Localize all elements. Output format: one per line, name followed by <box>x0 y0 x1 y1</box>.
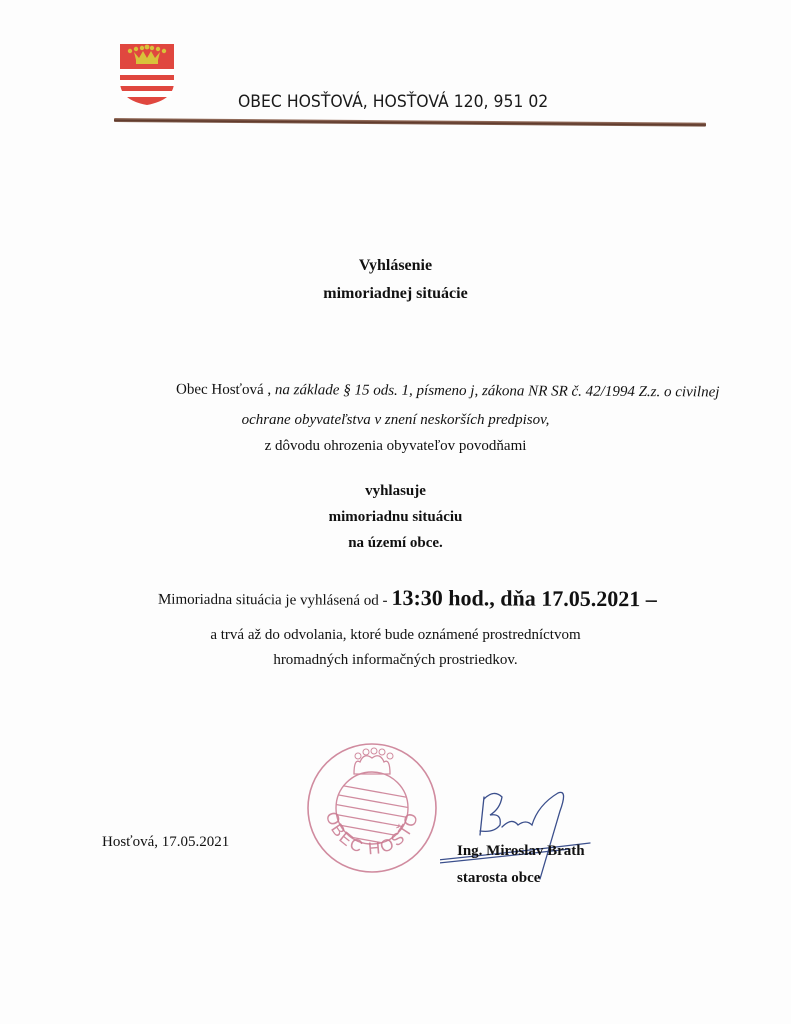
intro-line-1: Obec Hosťová , na základe § 15 ods. 1, p… <box>176 382 720 402</box>
letterhead-title: OBEC HOSŤOVÁ, HOSŤOVÁ 120, 951 02 <box>238 92 548 112</box>
declaration-verb: vyhlasuje <box>0 483 791 500</box>
signer-role: starosta obce <box>457 870 540 887</box>
coat-of-arms-icon <box>118 42 176 106</box>
declaration-object: mimoriadnu situáciu <box>0 509 791 526</box>
validity-channel: hromadných informačných prostriedkov. <box>0 652 791 669</box>
letterhead-divider <box>114 118 706 127</box>
official-stamp-icon: OBEC HOSŤOVÁ <box>302 738 442 878</box>
declaration-scope: na území obce. <box>0 535 791 552</box>
intro-reason: z dôvodu ohrozenia obyvateľov povodňami <box>0 438 791 455</box>
signer-name: Ing. Miroslav Brath <box>457 843 585 860</box>
intro-legal-basis: na základe § 15 ods. 1, písmeno j, zákon… <box>275 382 720 400</box>
validity-prefix: Mimoriadna situácia je vyhlásená od - <box>158 592 388 609</box>
validity-line-1: Mimoriadna situácia je vyhlásená od - 13… <box>158 584 657 613</box>
intro-line-2: ochrane obyvateľstva v znení neskorších … <box>0 412 791 429</box>
intro-subject: Obec Hosťová , <box>176 382 271 398</box>
validity-duration: a trvá až do odvolania, ktoré bude oznám… <box>0 627 791 644</box>
validity-datetime: 13:30 hod., dňa 17.05.2021 – <box>391 585 656 611</box>
intro-legal-basis-cont: ochrane obyvateľstva v znení neskorších … <box>242 412 550 428</box>
document-title: Vyhlásenie <box>0 257 791 275</box>
document-subtitle: mimoriadnej situácie <box>0 285 791 303</box>
place-and-date: Hosťová, 17.05.2021 <box>102 834 229 851</box>
svg-text:OBEC HOSŤOVÁ: OBEC HOSŤOVÁ <box>302 738 422 858</box>
